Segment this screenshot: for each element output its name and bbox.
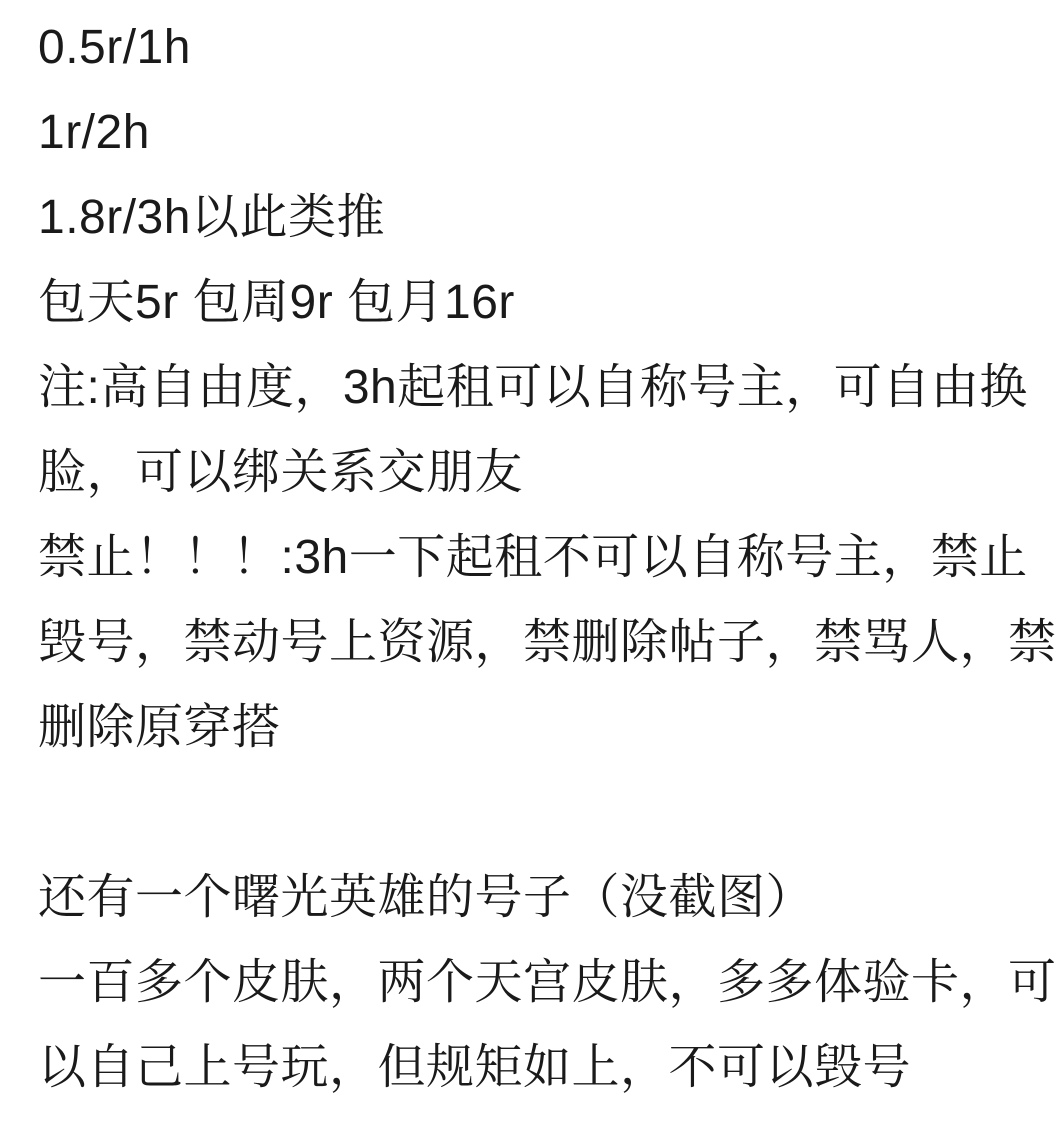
text-line-price-2h: 1r/2h <box>38 90 1043 175</box>
text-line-price-packages: 包天5r 包周9r 包月16r <box>38 260 1043 345</box>
text-line-note-1: 注:高自由度，3h起租可以自称号主，可自由换 <box>38 345 1043 430</box>
blank-line <box>38 770 1043 855</box>
text-line-skins-2: 以自己上号玩，但规矩如上，不可以毁号 <box>38 1025 1043 1110</box>
text-line-forbidden-3: 删除原穿搭 <box>38 685 1043 770</box>
text-line-price-3h: 1.8r/3h以此类推 <box>38 175 1043 260</box>
text-line-skins-1: 一百多个皮肤，两个天宫皮肤，多多体验卡，可 <box>38 940 1043 1025</box>
text-line-forbidden-2: 毁号，禁动号上资源，禁删除帖子，禁骂人，禁 <box>38 600 1043 685</box>
text-line-extra-account: 还有一个曙光英雄的号子（没截图） <box>38 855 1043 940</box>
text-note-page: 0.5r/1h 1r/2h 1.8r/3h以此类推 包天5r 包周9r 包月16… <box>0 0 1063 1132</box>
text-line-note-2: 脸，可以绑关系交朋友 <box>38 430 1043 515</box>
text-line-price-1h: 0.5r/1h <box>38 5 1043 90</box>
text-line-forbidden-1: 禁止！！！:3h一下起租不可以自称号主，禁止 <box>38 515 1043 600</box>
